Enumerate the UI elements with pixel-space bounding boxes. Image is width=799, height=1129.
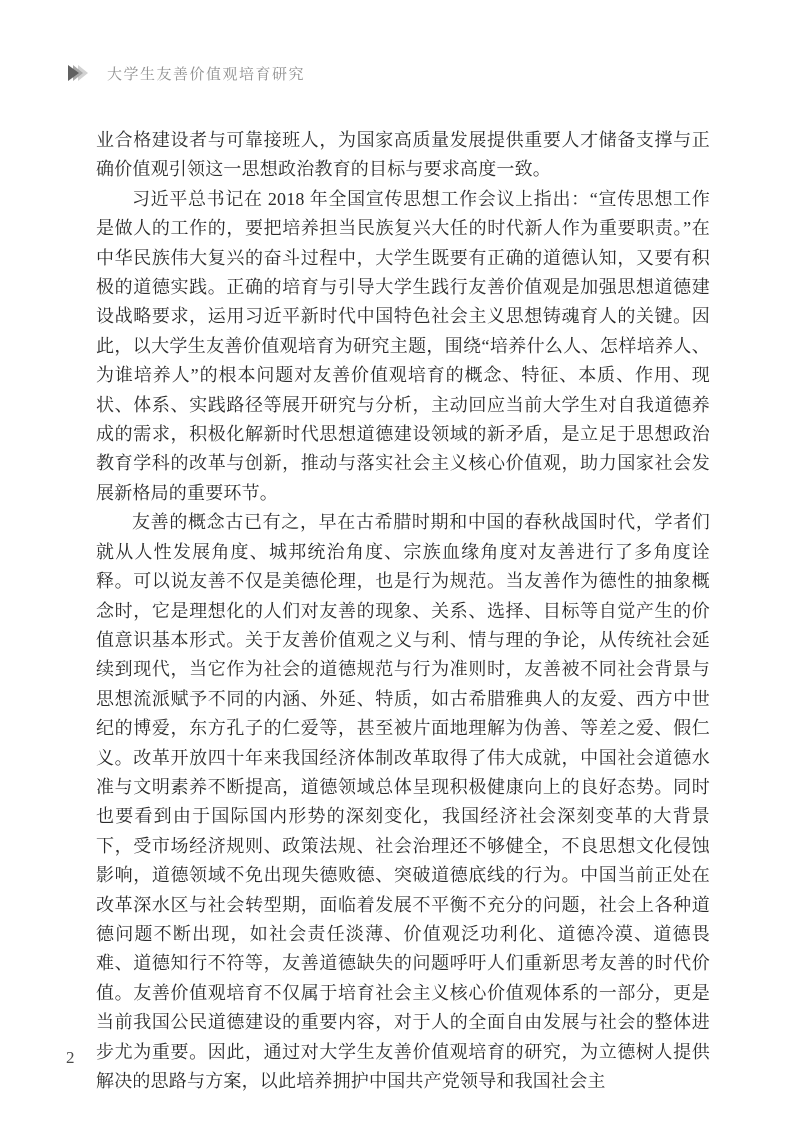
book-page: 大学生友善价值观培育研究 业合格建设者与可靠接班人，为国家高质量发展提供重要人才… <box>0 0 799 1129</box>
body-text: 业合格建设者与可靠接班人，为国家高质量发展提供重要人才储备支撑与正确价值观引领这… <box>96 126 710 1096</box>
paragraph: 习近平总书记在 2018 年全国宣传思想工作会议上指出：“宣传思想工作是做人的工… <box>96 185 710 508</box>
running-head-title: 大学生友善价值观培育研究 <box>107 63 305 84</box>
page-number: 2 <box>66 1048 75 1068</box>
paragraph: 业合格建设者与可靠接班人，为国家高质量发展提供重要人才储备支撑与正确价值观引领这… <box>96 126 710 185</box>
paragraph: 友善的概念古已有之，早在古希腊时期和中国的春秋战国时代，学者们就从人性发展角度、… <box>96 508 710 1096</box>
right-triangle-icon <box>68 65 94 81</box>
running-head: 大学生友善价值观培育研究 <box>68 62 708 84</box>
